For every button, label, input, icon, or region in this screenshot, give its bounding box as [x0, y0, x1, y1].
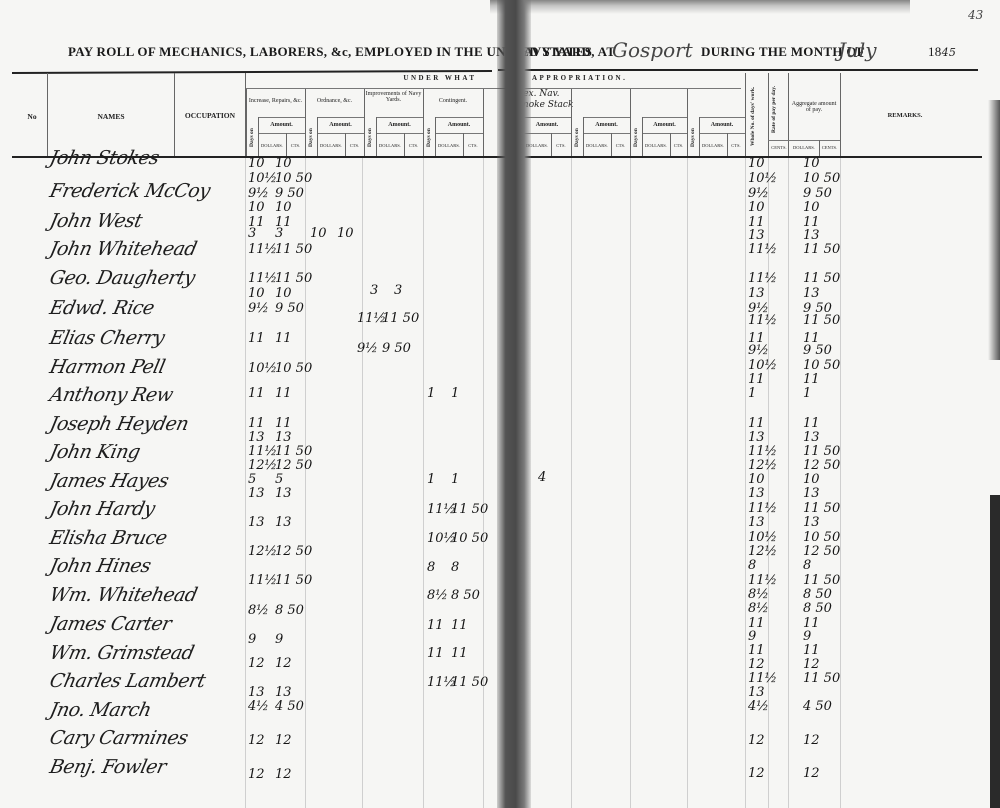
header-amount: Amount.	[699, 122, 745, 128]
employee-name: John Stokes	[48, 147, 161, 169]
amount-value: 10 50	[275, 361, 312, 376]
amount-value: 10 50	[275, 171, 312, 186]
header-amount: Amount.	[376, 122, 423, 128]
days-value: 9½	[248, 186, 269, 201]
aggregate-pay-value: 10 50	[803, 171, 840, 186]
amount-value: 8 50	[275, 603, 304, 618]
header-dollars: DOLLARS.	[642, 143, 670, 148]
aggregate-pay-value: 11	[803, 643, 820, 658]
amount-value: 3	[275, 226, 283, 241]
amount-value: 11	[275, 331, 292, 346]
whole-days-value: 10	[748, 200, 765, 215]
amount-value: 13	[275, 486, 292, 501]
whole-days-value: 9	[748, 629, 756, 644]
days-value: 3	[248, 226, 256, 241]
aggregate-pay-value: 10 50	[803, 530, 840, 545]
header-days-on: Days on	[633, 122, 639, 154]
header-amount: Amount.	[583, 122, 630, 128]
amount-rule	[376, 133, 423, 134]
aggregate-pay-value: 13	[803, 286, 820, 301]
body-col-line	[571, 158, 572, 808]
col-divider	[687, 89, 688, 156]
aggregate-pay-value: 12	[803, 733, 820, 748]
days-value: 9½	[357, 341, 378, 356]
days-value: 12	[248, 656, 265, 671]
navy-yard-place: Gosport	[612, 38, 693, 62]
aggregate-pay-value: 10 50	[803, 358, 840, 373]
whole-days-value: 11½	[748, 573, 777, 588]
amount-value: 5	[275, 472, 283, 487]
employee-name: John West	[48, 210, 144, 232]
body-col-line	[630, 158, 631, 808]
amount-value: 12 50	[275, 458, 312, 473]
amount-value: 11 50	[275, 444, 312, 459]
employee-name: Wm. Grimstead	[48, 642, 196, 664]
whole-days-value: 12	[748, 766, 765, 781]
aggregate-pay-value: 12 50	[803, 544, 840, 559]
whole-days-value: 4½	[748, 699, 769, 714]
header-dollars: DOLLARS.	[699, 143, 727, 148]
amount-value: 9	[275, 632, 283, 647]
page-edge-shadow	[990, 495, 1000, 808]
amount-rule	[583, 133, 630, 134]
body-col-line	[745, 158, 746, 808]
header-cts: CTS.	[670, 143, 687, 148]
header-under-what: UNDER WHAT	[385, 74, 495, 82]
employee-name: Geo. Daugherty	[48, 267, 197, 289]
days-value: 12	[248, 733, 265, 748]
group-label: Contingent.	[423, 98, 483, 104]
amount-value: 13	[275, 515, 292, 530]
amount-value: 10	[275, 200, 292, 215]
book-gutter	[497, 0, 531, 808]
amount-value: 1	[451, 386, 459, 401]
days-value: 13	[248, 486, 265, 501]
aggregate-pay-value: 11 50	[803, 671, 840, 686]
aggregate-pay-value: 8 50	[803, 587, 832, 602]
header-cts: CTS.	[286, 143, 305, 148]
ledger-page: PAY ROLL OF MECHANICS, LABORERS, &c, EMP…	[0, 0, 1000, 808]
days-value: 10½	[248, 171, 277, 186]
employee-name: Wm. Whitehead	[48, 584, 200, 606]
whole-days-value: 11	[748, 643, 765, 658]
col-divider	[788, 73, 789, 156]
whole-days-value: 1	[748, 386, 756, 401]
amount-rule	[317, 117, 364, 118]
aggregate-pay-value: 13	[803, 515, 820, 530]
amount-rule	[258, 117, 305, 118]
employee-name: Charles Lambert	[48, 670, 208, 692]
amount-value: 4	[538, 470, 546, 485]
days-value: 13	[248, 515, 265, 530]
whole-days-value: 10	[748, 472, 765, 487]
amount-value: 11 50	[275, 271, 312, 286]
amount-rule	[258, 133, 305, 134]
header-occupation: OCCUPATION	[175, 111, 245, 120]
aggregate-pay-value: 4 50	[803, 699, 832, 714]
whole-days-value: 11	[748, 416, 765, 431]
header-rate: Rate of pay per day.	[771, 80, 777, 138]
header-days-on: Days on	[690, 122, 696, 154]
employee-name: Benj. Fowler	[48, 756, 168, 778]
whole-days-value: 8½	[748, 601, 769, 616]
header-names: NAMES	[48, 112, 174, 121]
amount-value: 13	[275, 685, 292, 700]
col-divider	[483, 89, 484, 156]
aggregate-pay-value: 9 50	[803, 343, 832, 358]
aggregate-pay-value: 11 50	[803, 444, 840, 459]
aggregate-pay-value: 10	[803, 156, 820, 171]
year-prefix: 18	[928, 44, 942, 59]
amount-rule	[699, 133, 745, 134]
days-value: 11	[248, 416, 265, 431]
header-cts: CTS.	[345, 143, 364, 148]
amount-value: 11	[451, 646, 468, 661]
amount-value: 9 50	[382, 341, 411, 356]
aggregate-pay-value: 11 50	[803, 313, 840, 328]
amount-value: 12 50	[275, 544, 312, 559]
aggregate-pay-value: 11	[803, 416, 820, 431]
header-whole-days: Whole No. of days' work.	[750, 80, 756, 152]
whole-days-value: 8	[748, 558, 756, 573]
header-days-on: Days on	[249, 122, 255, 154]
amount-value: 11 50	[451, 502, 488, 517]
employee-name: John King	[48, 441, 142, 463]
aggregate-pay-value: 8 50	[803, 601, 832, 616]
aggregate-pay-value: 11	[803, 372, 820, 387]
employee-name: Harmon Pell	[48, 356, 167, 378]
col-divider	[630, 89, 631, 156]
amount-rule	[642, 133, 687, 134]
amount-value: 8 50	[451, 588, 480, 603]
whole-days-value: 11	[748, 372, 765, 387]
amount-value: 10	[275, 156, 292, 171]
header-no: No	[20, 112, 44, 121]
col-divider	[571, 89, 572, 156]
aggregate-pay-value: 13	[803, 430, 820, 445]
days-value: 10	[248, 286, 265, 301]
employee-name: James Carter	[48, 613, 174, 635]
page-edge-shadow	[988, 100, 1000, 360]
amount-rule	[583, 117, 630, 118]
days-value: 13	[248, 685, 265, 700]
amount-value: 9 50	[275, 301, 304, 316]
days-value: 13	[248, 430, 265, 445]
days-value: 11	[248, 331, 265, 346]
whole-days-value: 11½	[748, 242, 777, 257]
employee-name: John Whitehead	[48, 238, 199, 260]
days-value: 8½	[248, 603, 269, 618]
employee-name: Edwd. Rice	[48, 297, 156, 319]
days-value: 11½	[248, 242, 277, 257]
body-col-line	[687, 158, 688, 808]
header-rate-cents: CENTS.	[769, 145, 789, 150]
days-value: 10	[248, 156, 265, 171]
aggregate-pay-value: 12	[803, 766, 820, 781]
employee-name: Elisha Bruce	[48, 527, 169, 549]
aggregate-pay-value: 1	[803, 386, 811, 401]
month-value: July	[838, 38, 877, 62]
header-days-on: Days on	[367, 122, 373, 154]
page-top-shadow	[490, 0, 910, 14]
days-value: 11½	[248, 271, 277, 286]
aggregate-pay-value: 11 50	[803, 573, 840, 588]
header-agg-cents: CENTS.	[819, 145, 840, 150]
header-days-on: Days on	[426, 122, 432, 154]
col-divider	[745, 73, 746, 156]
days-value: 5	[248, 472, 256, 487]
amount-value: 12	[275, 767, 292, 782]
employee-name: Anthony Rew	[48, 384, 175, 406]
group-label: Ordnance, &c.	[305, 98, 364, 104]
amount-value: 12	[275, 656, 292, 671]
days-value: 9½	[248, 301, 269, 316]
amount-value: 10 50	[451, 531, 488, 546]
employee-name: Elias Cherry	[48, 327, 167, 349]
header-days-on: Days on	[308, 122, 314, 154]
employee-name: Frederick McCoy	[48, 180, 212, 202]
amount-value: 11 50	[451, 675, 488, 690]
whole-days-value: 13	[748, 486, 765, 501]
header-amount: Amount.	[258, 122, 305, 128]
employee-name: Jno. March	[48, 699, 153, 721]
amount-value: 11	[275, 416, 292, 431]
amount-rule	[435, 117, 483, 118]
amount-value: 11 50	[382, 311, 419, 326]
days-value: 11½	[248, 444, 277, 459]
whole-days-value: 11½	[748, 671, 777, 686]
aggregate-pay-value: 12	[803, 657, 820, 672]
aggregate-pay-value: 10	[803, 200, 820, 215]
whole-days-value: 13	[748, 430, 765, 445]
header-dollars: DOLLARS.	[258, 143, 286, 148]
year-value: 1845	[928, 44, 956, 60]
header-top-rule-right	[498, 69, 978, 71]
header-cts: CTS.	[404, 143, 423, 148]
aggregate-pay-value: 10	[803, 472, 820, 487]
whole-days-value: 13	[748, 685, 765, 700]
whole-days-value: 11½	[748, 271, 777, 286]
aggregate-pay-value: 13	[803, 228, 820, 243]
amount-value: 3	[394, 283, 402, 298]
aggregate-pay-value: 13	[803, 486, 820, 501]
days-value: 8	[427, 560, 435, 575]
days-value: 11½	[248, 573, 277, 588]
amount-value: 9 50	[275, 186, 304, 201]
amount-value: 8	[451, 560, 459, 575]
days-value: 11	[248, 386, 265, 401]
days-value: 3	[370, 283, 378, 298]
header-cts: CTS.	[727, 143, 745, 148]
whole-days-value: 12½	[748, 544, 777, 559]
whole-days-value: 11½	[748, 313, 777, 328]
year-suffix: 45	[942, 46, 957, 59]
whole-days-value: 11½	[748, 444, 777, 459]
whole-days-value: 13	[748, 228, 765, 243]
body-col-line	[362, 158, 363, 808]
amount-rule	[642, 117, 687, 118]
whole-days-value: 8½	[748, 587, 769, 602]
aggregate-pay-value: 9 50	[803, 186, 832, 201]
whole-days-value: 9½	[748, 343, 769, 358]
days-value: 9	[248, 632, 256, 647]
employee-name: John Hines	[48, 555, 153, 577]
aggregate-pay-value: 11 50	[803, 501, 840, 516]
employee-name: James Hayes	[48, 470, 171, 492]
aggregate-pay-value: 11 50	[803, 271, 840, 286]
aggregate-pay-value: 8	[803, 558, 811, 573]
header-amount: Amount.	[317, 122, 364, 128]
amount-value: 10	[275, 286, 292, 301]
whole-days-value: 11½	[748, 501, 777, 516]
employee-name: John Hardy	[48, 498, 157, 520]
amount-rule	[376, 117, 423, 118]
whole-days-value: 12½	[748, 458, 777, 473]
col-divider	[768, 73, 769, 156]
days-value: 11	[427, 618, 444, 633]
amount-value: 11	[275, 386, 292, 401]
whole-days-value: 10½	[748, 171, 777, 186]
whole-days-value: 12	[748, 657, 765, 672]
header-aggregate: Aggregate amount of pay.	[789, 101, 839, 113]
header-cts: CTS.	[611, 143, 630, 148]
days-value: 4½	[248, 699, 269, 714]
whole-days-value: 13	[748, 515, 765, 530]
body-col-line	[423, 158, 424, 808]
days-value: 1	[427, 472, 435, 487]
page-number: 43	[968, 8, 983, 22]
header-dollars: DOLLARS.	[583, 143, 611, 148]
amount-value: 10	[337, 226, 354, 241]
amount-value: 13	[275, 430, 292, 445]
aggregate-pay-value: 11 50	[803, 242, 840, 257]
header-dollars: DOLLARS.	[317, 143, 345, 148]
amount-rule	[317, 133, 364, 134]
days-value: 12½	[248, 458, 277, 473]
days-value: 10	[248, 200, 265, 215]
days-value: 11	[427, 646, 444, 661]
whole-days-value: 9½	[748, 186, 769, 201]
whole-days-value: 10	[748, 156, 765, 171]
aggregate-subrule	[768, 140, 840, 141]
employee-name: Cary Carmines	[48, 727, 190, 749]
aggregate-pay-value: 12 50	[803, 458, 840, 473]
days-value: 12½	[248, 544, 277, 559]
body-col-line	[245, 158, 246, 808]
whole-days-value: 10½	[748, 358, 777, 373]
amount-value: 11 50	[275, 242, 312, 257]
amount-value: 1	[451, 472, 459, 487]
header-remarks: REMARKS.	[840, 112, 970, 119]
aggregate-pay-value: 9	[803, 629, 811, 644]
whole-days-value: 10½	[748, 530, 777, 545]
header-dollars: DOLLARS.	[376, 143, 404, 148]
header-cts: CTS.	[551, 143, 571, 148]
days-value: 1	[427, 386, 435, 401]
amount-value: 12	[275, 733, 292, 748]
whole-days-value: 12	[748, 733, 765, 748]
header-dollars: DOLLARS.	[435, 143, 463, 148]
body-col-line	[483, 158, 484, 808]
appropriation-rule	[246, 88, 741, 89]
amount-rule	[435, 133, 483, 134]
header-cts: CTS.	[463, 143, 483, 148]
days-value: 8½	[427, 588, 448, 603]
header-days-on: Days on	[574, 122, 580, 154]
days-value: 10½	[248, 361, 277, 376]
header-amount: Amount.	[435, 122, 483, 128]
header-appropriation: APPROPRIATION.	[532, 74, 642, 82]
header-amount: Amount.	[642, 122, 687, 128]
group-label: Increase, Repairs, &c.	[246, 98, 305, 104]
whole-days-value: 13	[748, 286, 765, 301]
group-label: Improvements of Navy Yards.	[364, 91, 423, 103]
header-agg-dollars: DOLLARS.	[789, 145, 819, 150]
employee-name: Joseph Heyden	[48, 413, 191, 435]
days-value: 12	[248, 767, 265, 782]
amount-value: 11	[451, 618, 468, 633]
days-value: 10	[310, 226, 327, 241]
amount-value: 4 50	[275, 699, 304, 714]
amount-value: 11 50	[275, 573, 312, 588]
amount-rule	[699, 117, 745, 118]
body-col-line	[788, 158, 789, 808]
